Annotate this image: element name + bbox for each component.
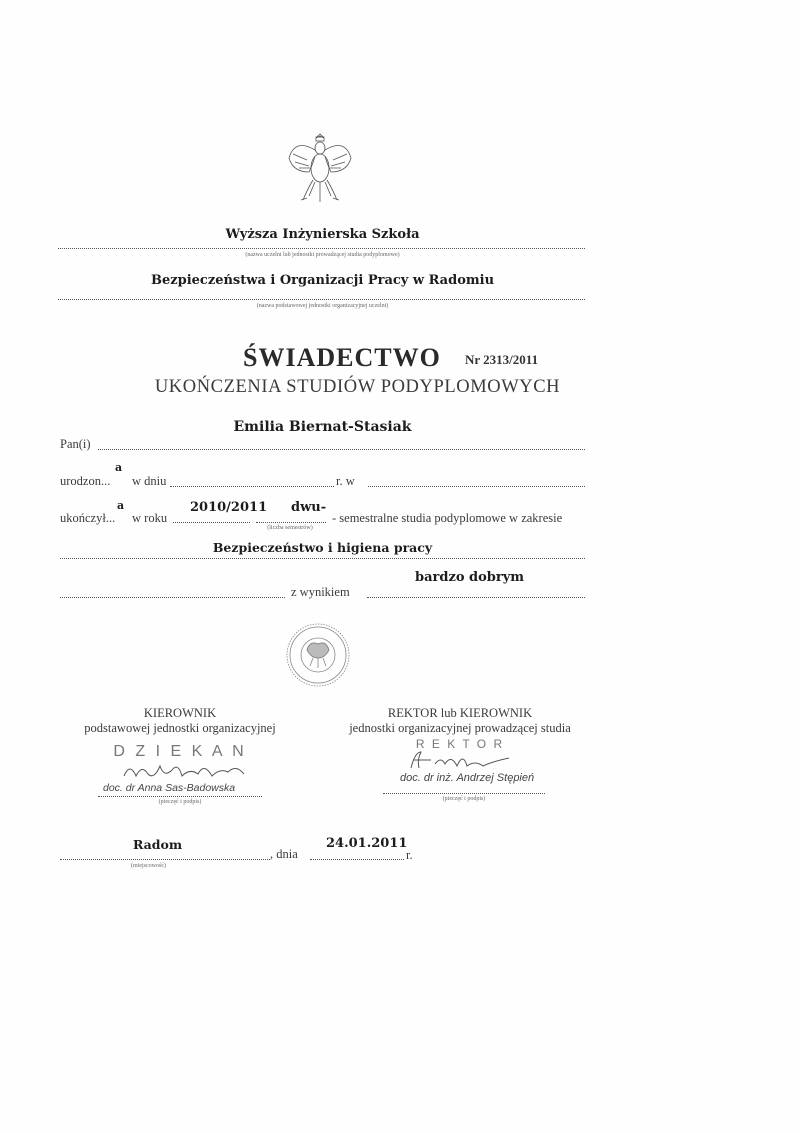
place-field [60, 859, 270, 860]
official-seal-icon [285, 622, 351, 688]
institution-name-line2: Bezpieczeństwa i Organizacji Pracy w Rad… [60, 273, 585, 288]
institution-caption1: (nazwa uczelni lub jednostki prowadzącej… [60, 252, 585, 258]
certificate-title: ŚWIADECTWO [243, 343, 441, 373]
born-place-field [368, 486, 585, 487]
semesters-caption: (liczba semestrów) [250, 525, 330, 531]
left-signature-title: KIEROWNIK [60, 706, 300, 721]
dotted-line [98, 796, 262, 797]
dotted-line [383, 793, 545, 794]
year-value: 2010/2011 [190, 500, 267, 515]
dotted-line [98, 449, 585, 450]
born-label: urodzon... [60, 474, 110, 489]
year-field [173, 522, 250, 523]
result-label: z wynikiem [291, 585, 350, 600]
completed-suffix: a [117, 499, 124, 512]
certificate-page: Wyższa Inżynierska Szkoła (nazwa uczelni… [0, 0, 800, 1133]
place-caption: (miejscowość) [131, 863, 166, 869]
institution-name-line1: Wyższa Inżynierska Szkoła [60, 227, 585, 242]
date-field [310, 859, 404, 860]
right-signature-scribble-icon [405, 748, 515, 772]
name-label: Pan(i) [60, 437, 91, 452]
dotted-line [58, 248, 585, 249]
right-signature-caption: (pieczęć i podpis) [383, 796, 545, 802]
certificate-number: Nr 2313/2011 [465, 352, 538, 368]
born-date-field [170, 486, 334, 487]
result-field [367, 597, 585, 598]
right-signature-title: REKTOR lub KIEROWNIK [330, 706, 590, 721]
left-signature-subtitle: podstawowej jednostki organizacyjnej [55, 721, 305, 736]
left-signer-name: doc. dr Anna Sas-Badowska [103, 782, 235, 794]
date-label: , dnia [270, 847, 298, 862]
date-value: 24.01.2011 [326, 836, 407, 851]
studies-text: - semestralne studia podyplomowe w zakre… [332, 511, 562, 526]
date-suffix: r. [406, 848, 413, 863]
right-signer-name: doc. dr inż. Andrzej Stępień [400, 772, 534, 784]
born-place-label: r. w [336, 474, 355, 489]
semesters-value: dwu- [291, 500, 326, 515]
dotted-line [60, 597, 285, 598]
institution-caption2: (nazwa podstawowej jednostki organizacyj… [60, 303, 585, 309]
place-value: Radom [133, 837, 182, 852]
result-value: bardzo dobrym [415, 570, 524, 585]
year-label: w roku [132, 511, 167, 526]
right-signature-subtitle: jednostki organizacyjnej prowadzącej stu… [325, 721, 595, 736]
holder-name: Emilia Biernat-Stasiak [60, 419, 585, 435]
born-date-label: w dniu [132, 474, 166, 489]
completed-label: ukończył... [60, 511, 115, 526]
left-signature-scribble-icon [120, 758, 250, 784]
born-suffix: a [115, 461, 122, 474]
left-signature-caption: (pieczęć i podpis) [98, 799, 262, 805]
semesters-field [256, 522, 326, 523]
certificate-subtitle: UKOŃCZENIA STUDIÓW PODYPLOMOWYCH [100, 377, 615, 398]
polish-eagle-emblem-icon [285, 128, 355, 208]
dotted-line [58, 299, 585, 300]
dotted-line [60, 558, 585, 559]
scope-value: Bezpieczeństwo i higiena pracy [60, 540, 585, 555]
